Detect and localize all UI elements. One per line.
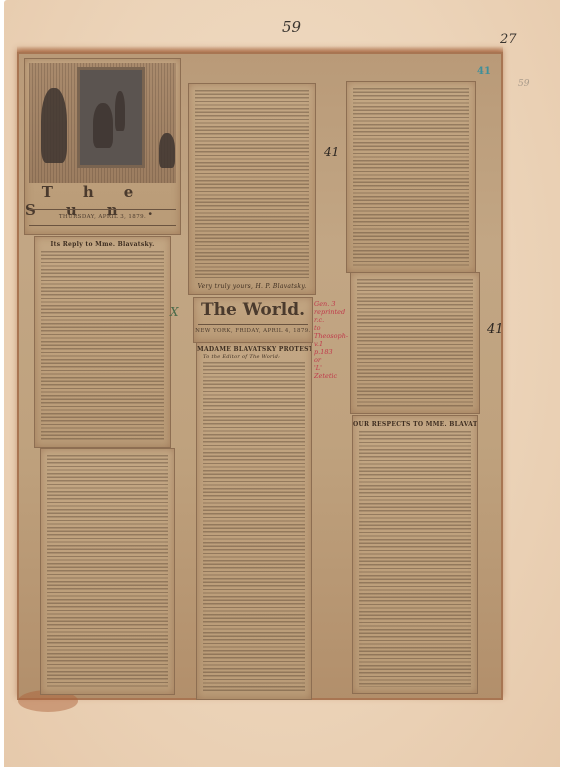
sun-article-clipping: Its Reply to Mme. Blavatsky.	[34, 236, 171, 448]
sun-masthead-clipping: The Sun. THURSDAY, APRIL 3, 1879.	[24, 58, 181, 235]
article-text	[359, 431, 471, 687]
middle-top-clipping: Very truly yours, H. P. Blavatsky.	[188, 83, 316, 295]
right-top-clipping	[346, 81, 476, 273]
world-subhead: To the Editor of The World:	[197, 354, 311, 360]
article-text	[357, 279, 473, 407]
world-masthead: The World.	[194, 300, 312, 320]
article-text	[47, 455, 168, 688]
page-number-corner: 27	[500, 32, 517, 47]
pencil-mark-41: 41	[324, 145, 339, 159]
article-text	[353, 88, 469, 266]
figure-illustration	[93, 103, 113, 148]
divider	[198, 324, 308, 325]
engraving-illustration	[29, 63, 176, 183]
figure-illustration	[41, 88, 67, 163]
sun-article-continued-clipping	[40, 448, 175, 695]
figure-illustration	[159, 133, 175, 168]
stamp-number: 59	[518, 79, 529, 89]
figure-illustration	[115, 91, 125, 131]
right-headline: OUR RESPECTS TO MME. BLAVATSKY.	[353, 421, 477, 428]
world-article-clipping: MADAME BLAVATSKY PROTESTS. To the Editor…	[196, 342, 312, 700]
pencil-mark-x: X	[170, 305, 179, 319]
right-article-clipping: OUR RESPECTS TO MME. BLAVATSKY.	[352, 415, 478, 694]
right-middle-clipping	[350, 272, 480, 414]
sun-headline: Its Reply to Mme. Blavatsky.	[35, 241, 170, 248]
article-text	[195, 90, 309, 278]
world-headline: MADAME BLAVATSKY PROTESTS.	[197, 346, 311, 353]
article-text	[203, 362, 305, 693]
sun-dateline: THURSDAY, APRIL 3, 1879.	[25, 214, 180, 220]
pencil-mark-41-right: 41	[487, 322, 504, 337]
red-ink-note: Gen. 3 reprinted r.c. to Theosoph- v.1 p…	[314, 300, 348, 380]
folio-stamp: 41	[477, 66, 491, 77]
world-dateline: NEW YORK, FRIDAY, APRIL 4, 1879.	[194, 328, 312, 334]
article-text	[41, 251, 164, 441]
page-number-top: 59	[282, 18, 301, 36]
divider	[29, 209, 176, 210]
signoff: Very truly yours, H. P. Blavatsky.	[189, 283, 315, 290]
world-masthead-clipping: The World. NEW YORK, FRIDAY, APRIL 4, 18…	[193, 297, 313, 343]
divider	[29, 225, 176, 226]
